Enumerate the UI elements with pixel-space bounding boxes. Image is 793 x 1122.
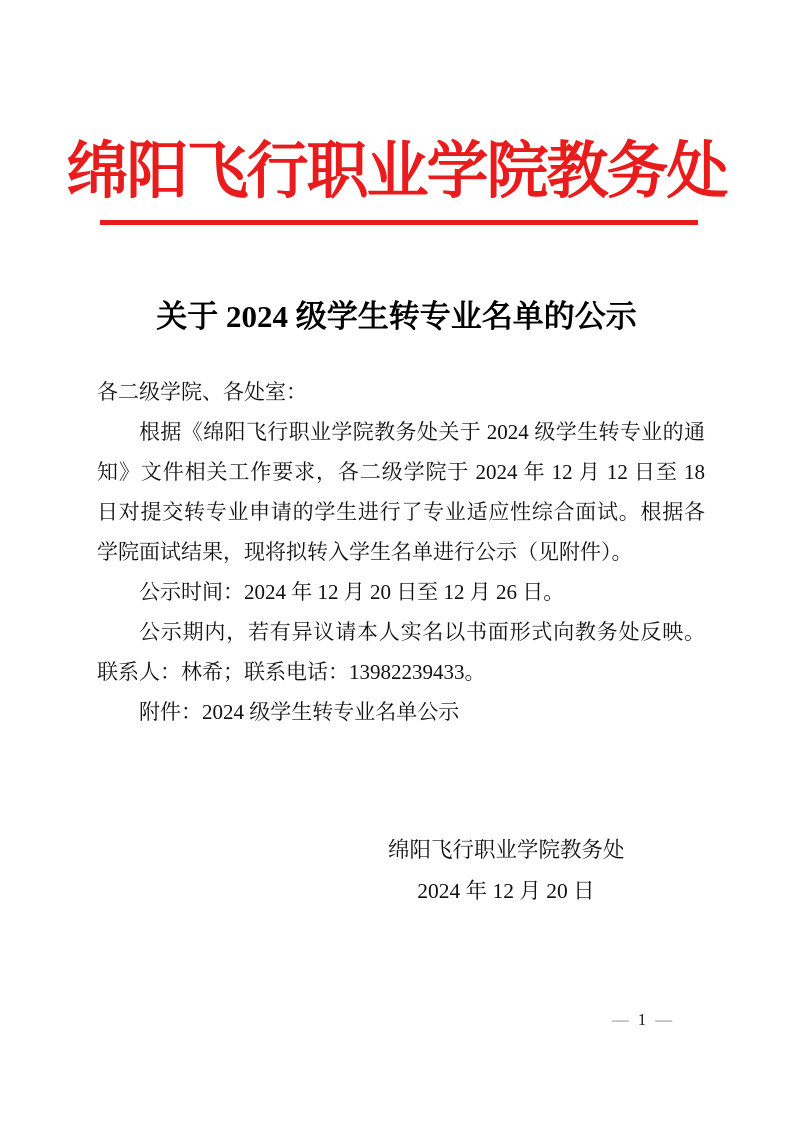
body-paragraph-1: 根据《绵阳飞行职业学院教务处关于 2024 级学生转专业的通知》文件相关工作要求… xyxy=(97,412,705,572)
notice-title: 关于 2024 级学生转专业名单的公示 xyxy=(0,297,793,337)
page-footer: —1— xyxy=(562,1008,722,1032)
letterhead-rule xyxy=(100,220,698,225)
body-paragraph-2: 公示时间：2024 年 12 月 20 日至 12 月 26 日。 xyxy=(97,572,705,612)
footer-dash-right: — xyxy=(646,1010,681,1029)
notice-body: 各二级学院、各处室： 根据《绵阳飞行职业学院教务处关于 2024 级学生转专业的… xyxy=(97,372,705,732)
page-number: 1 xyxy=(638,1010,647,1029)
salutation: 各二级学院、各处室： xyxy=(97,372,705,412)
signature-org: 绵阳飞行职业学院教务处 xyxy=(388,830,624,871)
footer-dash-left: — xyxy=(603,1010,638,1029)
signature-date: 2024 年 12 月 20 日 xyxy=(388,871,624,912)
signature-block: 绵阳飞行职业学院教务处 2024 年 12 月 20 日 xyxy=(388,830,624,912)
letterhead-org-name: 绵阳飞行职业学院教务处 xyxy=(0,136,793,208)
attachment-line: 附件：2024 级学生转专业名单公示 xyxy=(97,692,705,732)
body-paragraph-3: 公示期内，若有异议请本人实名以书面形式向教务处反映。联系人：林希；联系电话：13… xyxy=(97,612,705,692)
document-page: 绵阳飞行职业学院教务处 关于 2024 级学生转专业名单的公示 各二级学院、各处… xyxy=(0,0,793,1122)
